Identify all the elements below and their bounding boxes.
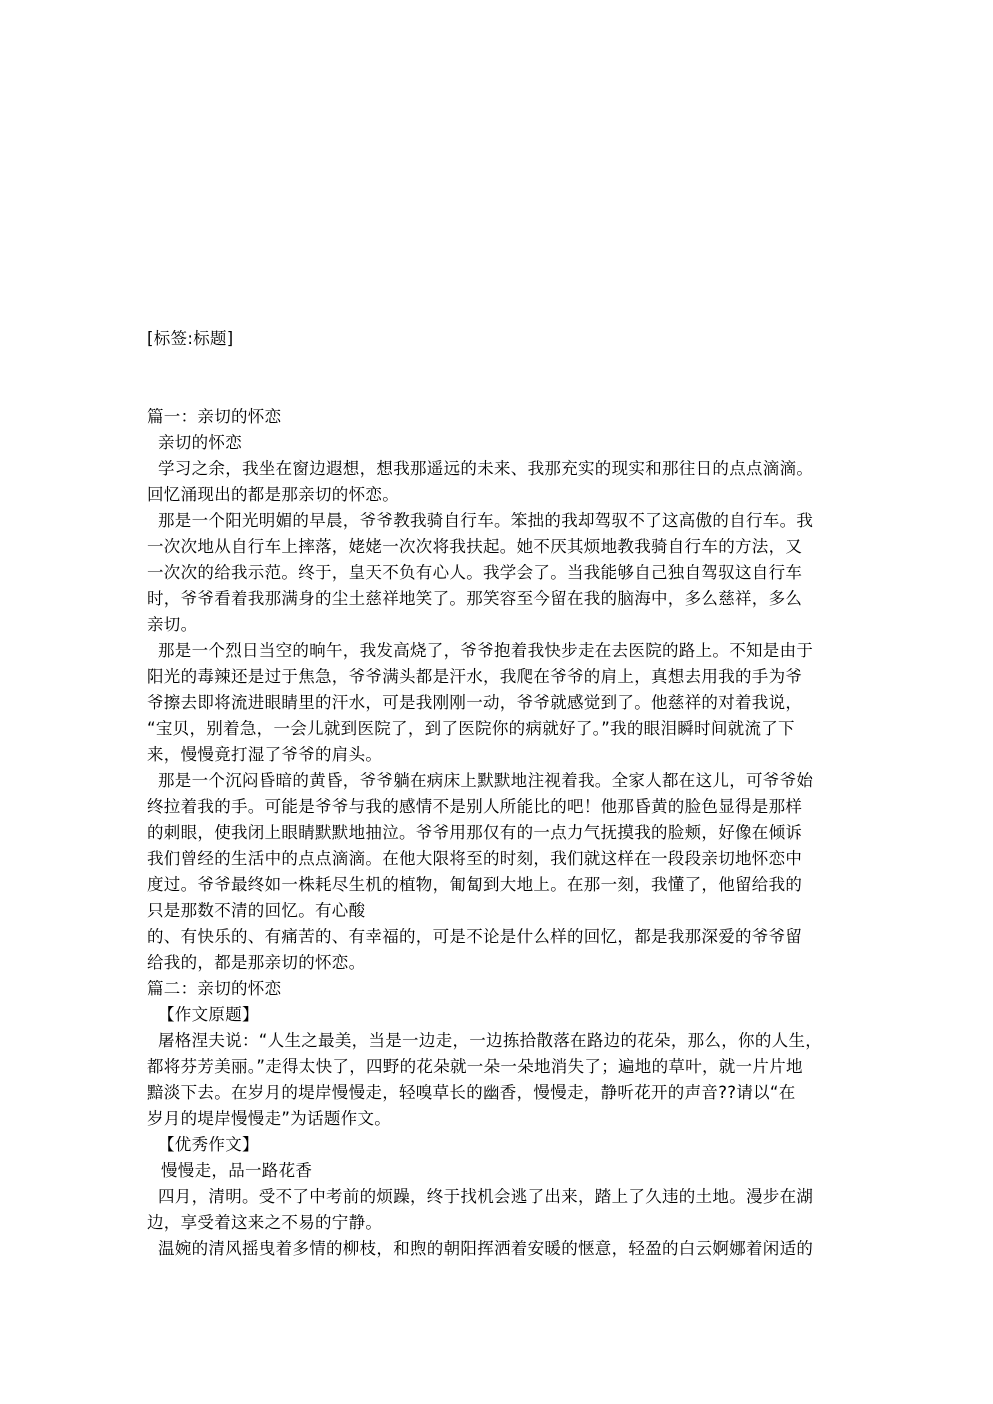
text-line: 【优秀作文】 [147, 1132, 867, 1158]
text-line: “宝贝，别着急，一会儿就到医院了，到了医院你的病就好了。”我的眼泪瞬时间就流了下 [147, 716, 867, 742]
text-line: 给我的，都是那亲切的怀恋。 [147, 950, 867, 976]
text-line: 亲切的怀恋 [147, 430, 867, 456]
text-line: 学习之余，我坐在窗边遐想，想我那遥远的未来、我那充实的现实和那往日的点点滴滴。 [147, 456, 867, 482]
text-line: 岁月的堤岸慢慢走”为话题作文。 [147, 1106, 867, 1132]
text-line: 亲切。 [147, 612, 867, 638]
text-line: [标签:标题] [147, 326, 867, 352]
text-line: 篇一：亲切的怀恋 [147, 404, 867, 430]
text-line: 那是一个阳光明媚的早晨，爷爷教我骑自行车。笨拙的我却驾驭不了这高傲的自行车。我 [147, 508, 867, 534]
text-line: 一次次地从自行车上摔落，姥姥一次次将我扶起。她不厌其烦地教我骑自行车的方法，又 [147, 534, 867, 560]
text-line: 黯淡下去。在岁月的堤岸慢慢走，轻嗅草长的幽香，慢慢走，静听花开的声音??请以“在 [147, 1080, 867, 1106]
text-line: 一次次的给我示范。终于，皇天不负有心人。我学会了。当我能够自己独自驾驭这自行车 [147, 560, 867, 586]
text-line: 温婉的清风摇曳着多情的柳枝，和煦的朝阳挥洒着安暖的惬意，轻盈的白云婀娜着闲适的 [147, 1236, 867, 1262]
text-line: 回忆涌现出的都是那亲切的怀恋。 [147, 482, 867, 508]
text-line: 来，慢慢竟打湿了爷爷的肩头。 [147, 742, 867, 768]
blank-line [147, 378, 867, 404]
text-line: 度过。爷爷最终如一株耗尽生机的植物，匍匐到大地上。在那一刻，我懂了，他留给我的 [147, 872, 867, 898]
text-line: 我们曾经的生活中的点点滴滴。在他大限将至的时刻，我们就这样在一段段亲切地怀恋中 [147, 846, 867, 872]
text-line: 都将芬芳美丽。”走得太快了，四野的花朵就一朵一朵地消失了；遍地的草叶，就一片片地 [147, 1054, 867, 1080]
document-body: [标签:标题]篇一：亲切的怀恋亲切的怀恋学习之余，我坐在窗边遐想，想我那遥远的未… [147, 326, 867, 1262]
text-line: 时，爷爷看着我那满身的尘土慈祥地笑了。那笑容至今留在我的脑海中，多么慈祥，多么 [147, 586, 867, 612]
text-line: 慢慢走，品一路花香 [147, 1158, 867, 1184]
text-line: 的刺眼，使我闭上眼睛默默地抽泣。爷爷用那仅有的一点力气抚摸我的脸颊，好像在倾诉 [147, 820, 867, 846]
text-line: 终拉着我的手。可能是爷爷与我的感情不是别人所能比的吧！他那昏黄的脸色显得是那样 [147, 794, 867, 820]
text-line: 只是那数不清的回忆。有心酸 [147, 898, 867, 924]
text-line: 【作文原题】 [147, 1002, 867, 1028]
text-line: 屠格涅夫说：“人生之最美，当是一边走，一边拣拾散落在路边的花朵，那么，你的人生， [147, 1028, 867, 1054]
text-line: 阳光的毒辣还是过于焦急，爷爷满头都是汗水，我爬在爷爷的肩上，真想去用我的手为爷 [147, 664, 867, 690]
text-line: 那是一个沉闷昏暗的黄昏，爷爷躺在病床上默默地注视着我。全家人都在这儿，可爷爷始 [147, 768, 867, 794]
text-line: 边，享受着这来之不易的宁静。 [147, 1210, 867, 1236]
text-line: 的、有快乐的、有痛苦的、有幸福的，可是不论是什么样的回忆，都是我那深爱的爷爷留 [147, 924, 867, 950]
blank-line [147, 352, 867, 378]
text-line: 四月，清明。受不了中考前的烦躁，终于找机会逃了出来，踏上了久违的土地。漫步在湖 [147, 1184, 867, 1210]
text-line: 爷擦去即将流进眼睛里的汗水，可是我刚刚一动，爷爷就感觉到了。他慈祥的对着我说， [147, 690, 867, 716]
document-page: [标签:标题]篇一：亲切的怀恋亲切的怀恋学习之余，我坐在窗边遐想，想我那遥远的未… [0, 0, 993, 1404]
text-line: 那是一个烈日当空的晌午，我发高烧了，爷爷抱着我快步走在去医院的路上。不知是由于 [147, 638, 867, 664]
text-line: 篇二：亲切的怀恋 [147, 976, 867, 1002]
